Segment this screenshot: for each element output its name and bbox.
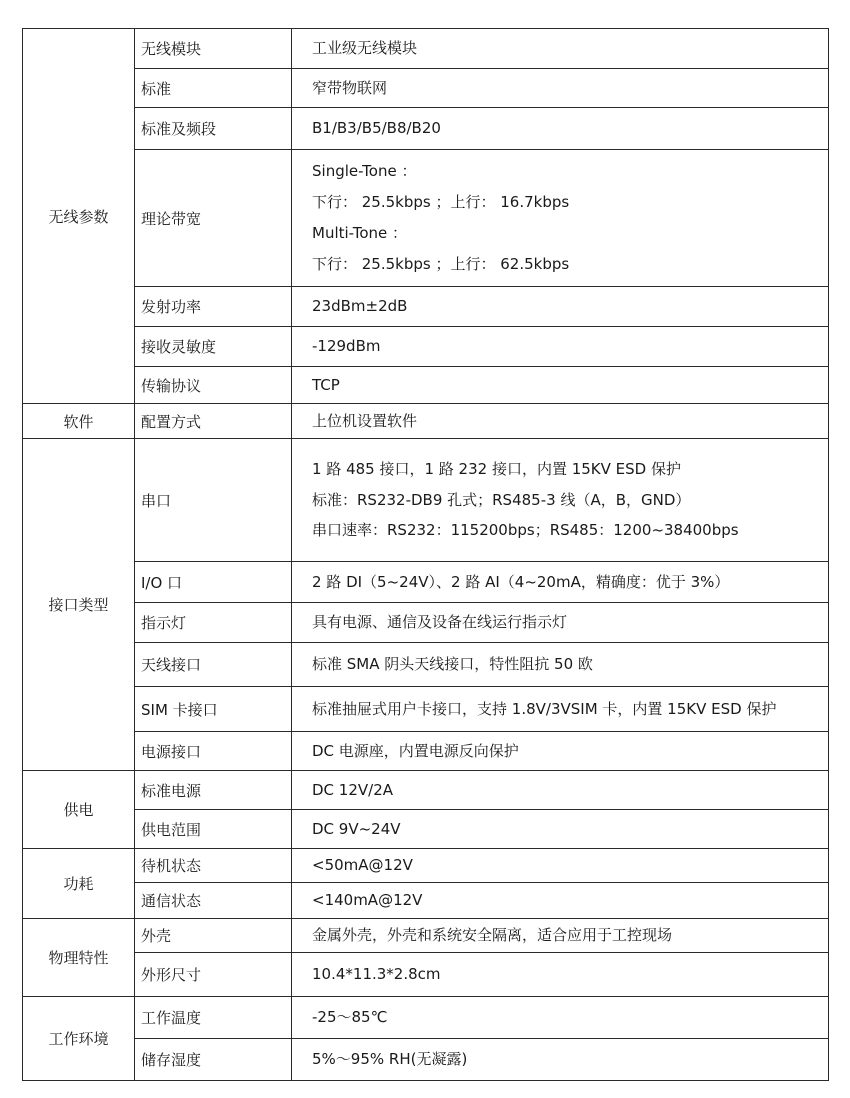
value-line: DC 12V/2A [312, 775, 828, 806]
value-line: TCP [312, 370, 828, 401]
spec-row: 通信状态<140mA@12V [23, 883, 829, 919]
spec-row: 标准窄带物联网 [23, 69, 829, 108]
parameter-value-cell: -129dBm [292, 327, 829, 367]
value-line: 下行： 25.5kbps ；上行： 62.5kbps [312, 249, 828, 280]
category-cell: 功耗 [23, 849, 135, 919]
parameter-value-cell: 1 路 485 接口，1 路 232 接口，内置 15KV ESD 保护标准：R… [292, 439, 829, 562]
parameter-value-cell: 窄带物联网 [292, 69, 829, 108]
value-line: DC 电源座，内置电源反向保护 [312, 736, 828, 767]
spec-row: 天线接口标准 SMA 阴头天线接口，特性阻抗 50 欧 [23, 643, 829, 687]
parameter-value-cell: B1/B3/B5/B8/B20 [292, 108, 829, 150]
parameter-name-cell: 串口 [135, 439, 292, 562]
category-cell: 供电 [23, 771, 135, 849]
parameter-value-cell: DC 电源座，内置电源反向保护 [292, 732, 829, 771]
value-line: 10.4*11.3*2.8cm [312, 959, 828, 990]
spec-row: 供电标准电源DC 12V/2A [23, 771, 829, 810]
parameter-value-cell: 具有电源、通信及设备在线运行指示灯 [292, 603, 829, 643]
value-line: 标准 SMA 阴头天线接口，特性阻抗 50 欧 [312, 649, 828, 680]
parameter-name-cell: 外壳 [135, 919, 292, 953]
parameter-name-cell: 标准 [135, 69, 292, 108]
value-line: Single-Tone ： [312, 156, 828, 187]
parameter-name-cell: I/O 口 [135, 562, 292, 603]
value-line: -129dBm [312, 331, 828, 362]
value-line: 金属外壳，外壳和系统安全隔离，适合应用于工控现场 [312, 920, 828, 951]
parameter-name-cell: 接收灵敏度 [135, 327, 292, 367]
spec-row: 供电范围DC 9V~24V [23, 810, 829, 849]
parameter-value-cell: DC 9V~24V [292, 810, 829, 849]
parameter-name-cell: 传输协议 [135, 367, 292, 404]
parameter-value-cell: 标准 SMA 阴头天线接口，特性阻抗 50 欧 [292, 643, 829, 687]
parameter-name-cell: 天线接口 [135, 643, 292, 687]
parameter-value-cell: DC 12V/2A [292, 771, 829, 810]
parameter-name-cell: 指示灯 [135, 603, 292, 643]
spec-row: 工作环境工作温度-25～85℃ [23, 997, 829, 1039]
value-line: 23dBm±2dB [312, 291, 828, 322]
spec-row: 传输协议TCP [23, 367, 829, 404]
parameter-value-cell: TCP [292, 367, 829, 404]
parameter-name-cell: 电源接口 [135, 732, 292, 771]
parameter-value-cell: <140mA@12V [292, 883, 829, 919]
spec-row: 发射功率23dBm±2dB [23, 287, 829, 327]
spec-table-body: 无线参数无线模块工业级无线模块标准窄带物联网标准及频段B1/B3/B5/B8/B… [23, 29, 829, 1081]
spec-table: 无线参数无线模块工业级无线模块标准窄带物联网标准及频段B1/B3/B5/B8/B… [22, 28, 829, 1081]
spec-row: 标准及频段B1/B3/B5/B8/B20 [23, 108, 829, 150]
value-line: 工业级无线模块 [312, 33, 828, 64]
spec-row: 储存湿度5%～95% RH(无凝露) [23, 1039, 829, 1081]
spec-row: 无线参数无线模块工业级无线模块 [23, 29, 829, 69]
parameter-name-cell: 工作温度 [135, 997, 292, 1039]
parameter-name-cell: 供电范围 [135, 810, 292, 849]
parameter-name-cell: 待机状态 [135, 849, 292, 883]
parameter-name-cell: 外形尺寸 [135, 953, 292, 997]
parameter-value-cell: Single-Tone ：下行： 25.5kbps ；上行： 16.7kbpsM… [292, 150, 829, 287]
value-line: 串口速率：RS232：115200bps；RS485：1200~38400bps [312, 515, 828, 546]
value-line: 下行： 25.5kbps ；上行： 16.7kbps [312, 187, 828, 218]
parameter-value-cell: -25～85℃ [292, 997, 829, 1039]
value-line: DC 9V~24V [312, 814, 828, 845]
spec-row: 物理特性外壳金属外壳，外壳和系统安全隔离，适合应用于工控现场 [23, 919, 829, 953]
parameter-value-cell: 标准抽屉式用户卡接口，支持 1.8V/3VSIM 卡，内置 15KV ESD 保… [292, 687, 829, 732]
spec-row: 接口类型串口1 路 485 接口，1 路 232 接口，内置 15KV ESD … [23, 439, 829, 562]
parameter-name-cell: SIM 卡接口 [135, 687, 292, 732]
spec-row: 外形尺寸10.4*11.3*2.8cm [23, 953, 829, 997]
spec-row: 软件配置方式上位机设置软件 [23, 404, 829, 439]
value-line: 1 路 485 接口，1 路 232 接口，内置 15KV ESD 保护 [312, 454, 828, 485]
category-cell: 工作环境 [23, 997, 135, 1081]
parameter-value-cell: 金属外壳，外壳和系统安全隔离，适合应用于工控现场 [292, 919, 829, 953]
parameter-value-cell: 5%～95% RH(无凝露) [292, 1039, 829, 1081]
category-cell: 接口类型 [23, 439, 135, 771]
value-line: 2 路 DI（5~24V）、2 路 AI（4~20mA，精确度：优于 3%） [312, 567, 828, 598]
category-cell: 物理特性 [23, 919, 135, 997]
value-line: B1/B3/B5/B8/B20 [312, 113, 828, 144]
parameter-value-cell: 23dBm±2dB [292, 287, 829, 327]
spec-row: 电源接口DC 电源座，内置电源反向保护 [23, 732, 829, 771]
parameter-name-cell: 标准及频段 [135, 108, 292, 150]
parameter-value-cell: 工业级无线模块 [292, 29, 829, 69]
spec-row: I/O 口2 路 DI（5~24V）、2 路 AI（4~20mA，精确度：优于 … [23, 562, 829, 603]
value-line: 具有电源、通信及设备在线运行指示灯 [312, 607, 828, 638]
value-line: 窄带物联网 [312, 73, 828, 104]
category-cell: 软件 [23, 404, 135, 439]
parameter-value-cell: <50mA@12V [292, 849, 829, 883]
category-cell: 无线参数 [23, 29, 135, 404]
parameter-name-cell: 无线模块 [135, 29, 292, 69]
value-line: <50mA@12V [312, 850, 828, 881]
spec-row: SIM 卡接口标准抽屉式用户卡接口，支持 1.8V/3VSIM 卡，内置 15K… [23, 687, 829, 732]
value-line: 标准：RS232-DB9 孔式；RS485-3 线（A，B，GND） [312, 485, 828, 516]
value-line: 上位机设置软件 [312, 406, 828, 437]
value-line: 5%～95% RH(无凝露) [312, 1044, 828, 1075]
value-line: <140mA@12V [312, 885, 828, 916]
spec-row: 指示灯具有电源、通信及设备在线运行指示灯 [23, 603, 829, 643]
spec-row: 接收灵敏度-129dBm [23, 327, 829, 367]
parameter-name-cell: 发射功率 [135, 287, 292, 327]
parameter-value-cell: 2 路 DI（5~24V）、2 路 AI（4~20mA，精确度：优于 3%） [292, 562, 829, 603]
value-line: -25～85℃ [312, 1002, 828, 1033]
parameter-name-cell: 配置方式 [135, 404, 292, 439]
spec-row: 理论带宽Single-Tone ：下行： 25.5kbps ；上行： 16.7k… [23, 150, 829, 287]
value-line: 标准抽屉式用户卡接口，支持 1.8V/3VSIM 卡，内置 15KV ESD 保… [312, 694, 828, 725]
parameter-name-cell: 标准电源 [135, 771, 292, 810]
spec-row: 功耗待机状态<50mA@12V [23, 849, 829, 883]
parameter-name-cell: 通信状态 [135, 883, 292, 919]
value-line: Multi-Tone ： [312, 218, 828, 249]
parameter-name-cell: 储存湿度 [135, 1039, 292, 1081]
parameter-value-cell: 上位机设置软件 [292, 404, 829, 439]
parameter-value-cell: 10.4*11.3*2.8cm [292, 953, 829, 997]
parameter-name-cell: 理论带宽 [135, 150, 292, 287]
